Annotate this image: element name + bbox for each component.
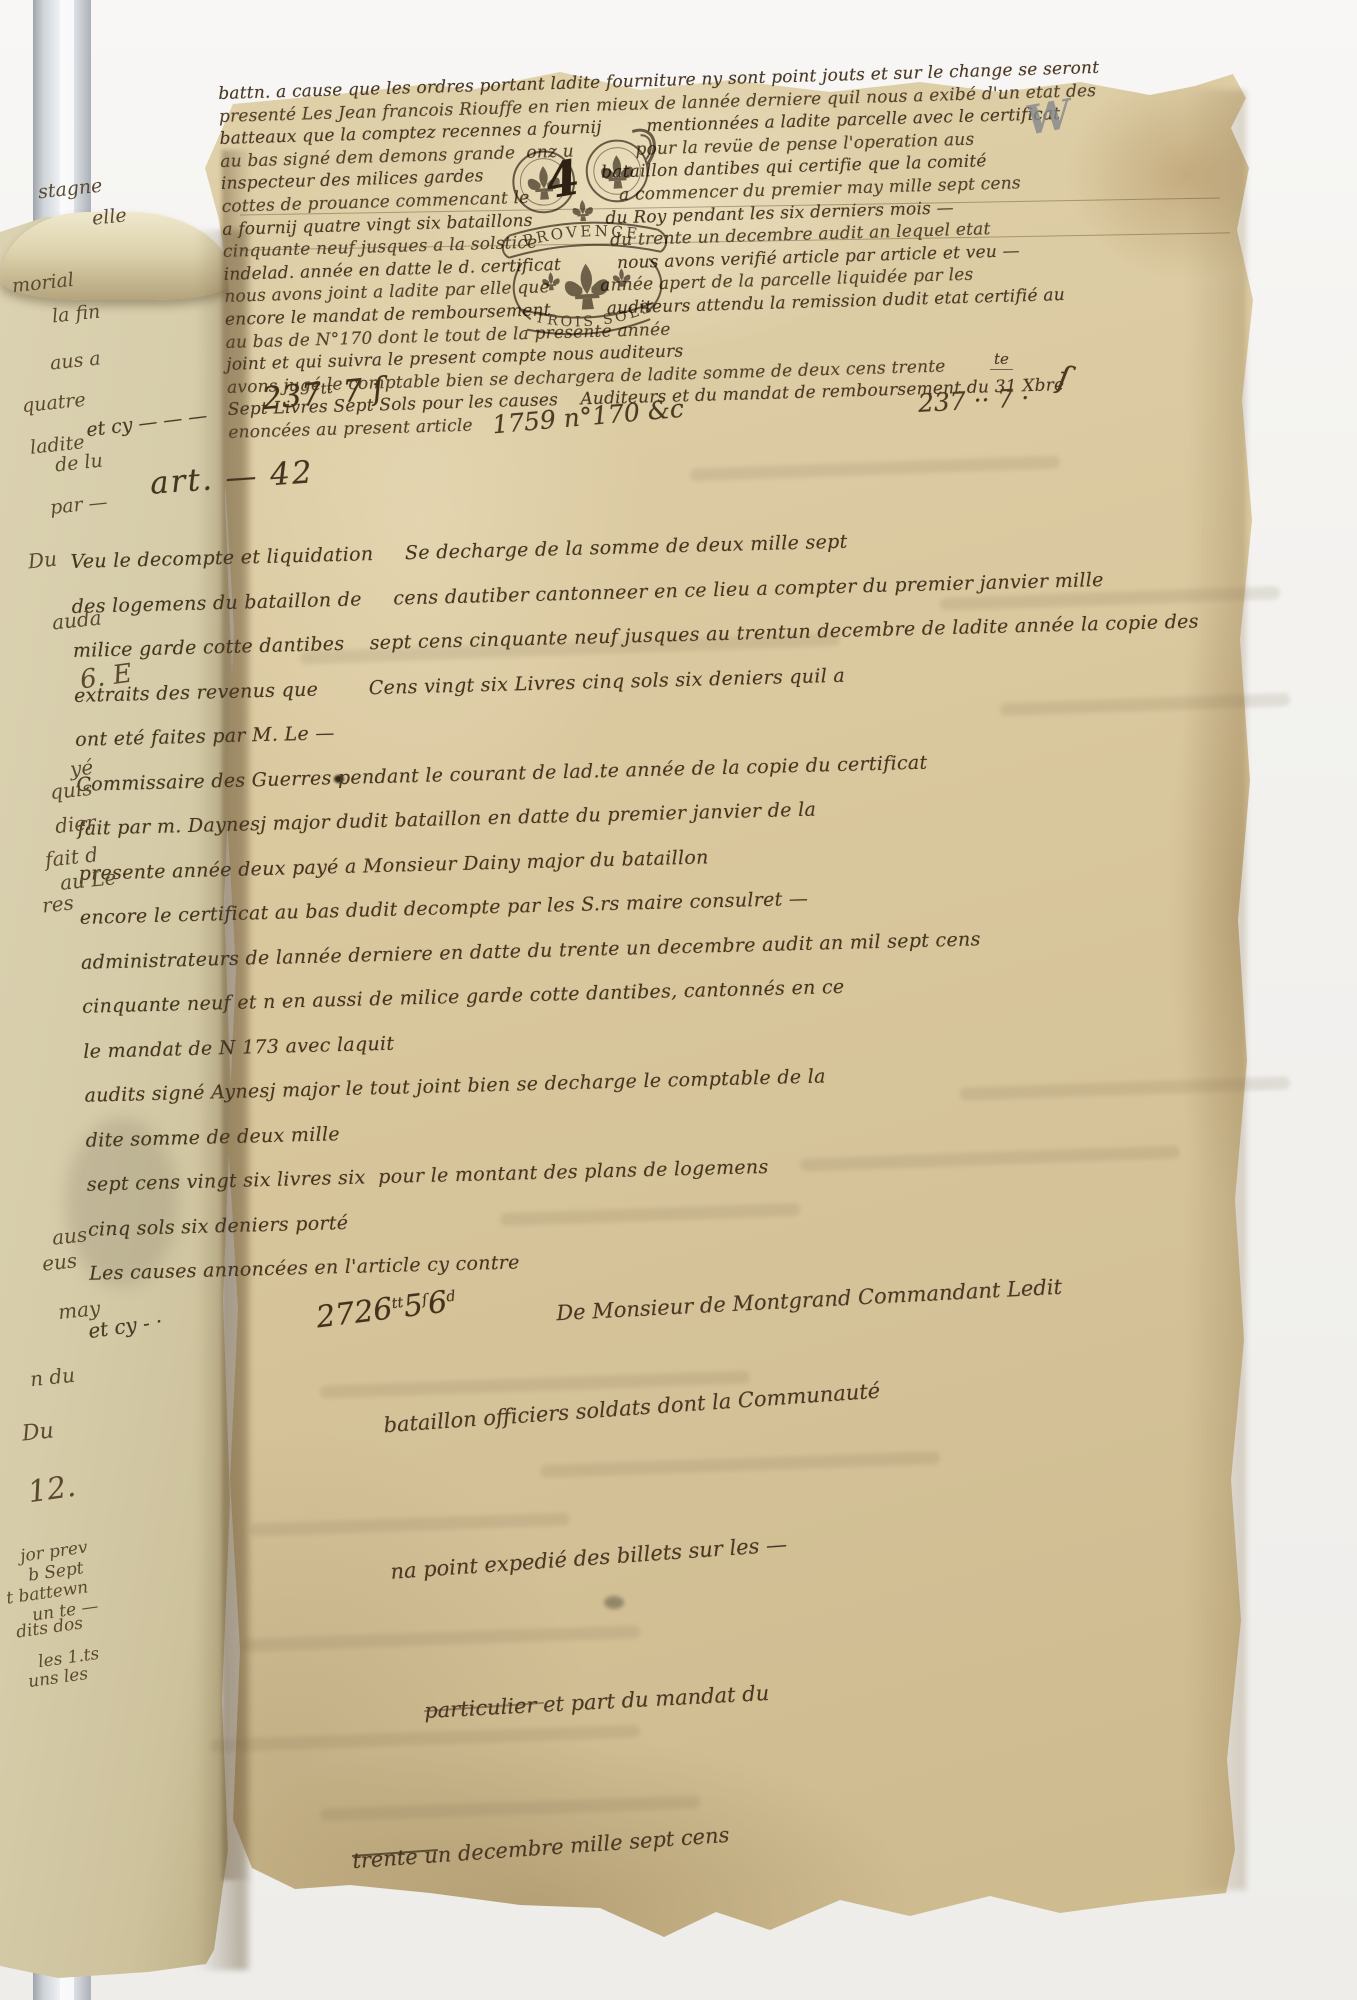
manuscript-fragment: Du <box>21 1418 55 1446</box>
manuscript-fragment: elle <box>91 204 128 230</box>
ink-smudge <box>604 1596 624 1609</box>
svg-text:TROIS SOLS: TROIS SOLS <box>533 299 657 333</box>
manuscript-fragment: aus <box>51 1222 88 1250</box>
manuscript-fragment: 12. <box>26 1469 78 1510</box>
right-amount-superscript: te <box>990 350 1013 370</box>
manuscript-fragment: quis <box>49 776 94 804</box>
manuscript-fragment: auda <box>51 605 103 634</box>
manuscript-fragment: n du <box>29 1363 76 1392</box>
fleur-de-lis-icon <box>612 268 630 287</box>
sols-value: 7 <box>332 372 374 411</box>
manuscript-fragment: res <box>41 890 75 917</box>
deniers-abbrev: d <box>445 1288 456 1305</box>
body-paragraph: Veu le decompte et liquidation Se dechar… <box>70 509 1279 1296</box>
revenue-stamp: PROVENCE TROIS SOLS <box>492 122 675 349</box>
fleur-de-lis-icon <box>542 272 560 291</box>
manuscript-fragment: may <box>57 1296 101 1324</box>
manuscript-fragment: Du <box>27 547 58 574</box>
stamp-value-label: TROIS SOLS <box>533 299 657 333</box>
right-amount: 237 ·· 7 · <box>917 383 1030 418</box>
manuscript-fragment: eus <box>41 1248 78 1276</box>
fleur-de-lis-icon <box>564 263 610 311</box>
pencil-mark: W <box>1022 90 1074 144</box>
scanned-manuscript: battn. a cause que les ordres portant la… <box>0 0 1357 2000</box>
amount-value: 237 <box>261 376 323 417</box>
manuscript-fragment: dier <box>54 810 97 838</box>
fleur-de-lis-icon <box>600 154 634 189</box>
